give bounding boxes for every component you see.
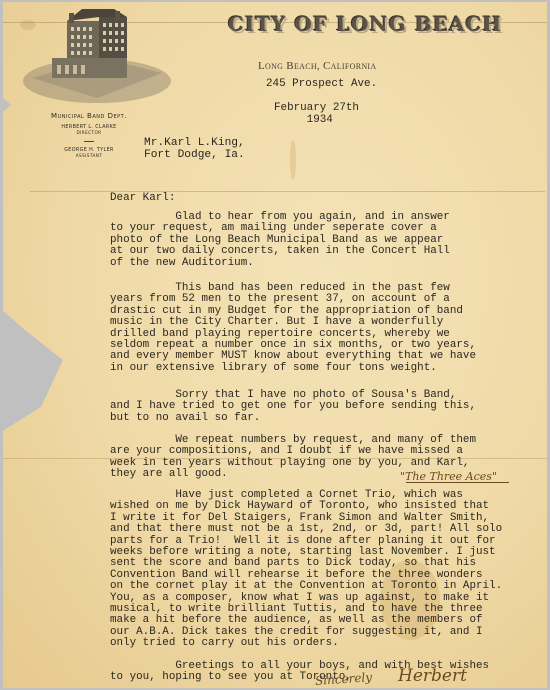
paragraph: Glad to hear from you again, and in answ… <box>110 212 450 269</box>
date-year: 1934 <box>274 114 333 126</box>
stain <box>290 140 296 180</box>
annotation-underline <box>406 482 509 483</box>
director-role: DIRECTOR <box>34 130 144 135</box>
department-block: Municipal Band Dept. HERBERT L. CLARKE D… <box>34 112 144 158</box>
divider <box>84 141 94 142</box>
paragraph: This band has been reduced in the past f… <box>110 283 476 374</box>
letterhead-title: CITY OF LONG BEACH <box>228 12 502 36</box>
date-line: February 27th <box>274 102 359 114</box>
fold-crease <box>30 191 545 192</box>
recipient-name: Mr.Karl L.King, <box>144 137 245 149</box>
department-name: Municipal Band Dept. <box>34 112 144 120</box>
street-address: 245 Prospect Ave. <box>266 79 377 90</box>
auditorium-building-illustration <box>22 3 172 103</box>
recipient-address: Mr.Karl L.King, Fort Dodge, Ia. <box>144 137 245 161</box>
recipient-city: Fort Dodge, Ia. <box>144 149 245 161</box>
paragraph: Have just completed a Cornet Trio, which… <box>110 490 502 650</box>
salutation: Dear Karl: <box>110 193 175 204</box>
assistant-role: ASSISTANT <box>34 153 144 158</box>
letter-date: February 27th 1934 <box>274 102 359 126</box>
letterhead-city: Long Beach, California <box>258 60 376 72</box>
paragraph: Sorry that I have no photo of Sousa's Ba… <box>110 390 476 424</box>
signature: Herbert <box>398 666 467 686</box>
